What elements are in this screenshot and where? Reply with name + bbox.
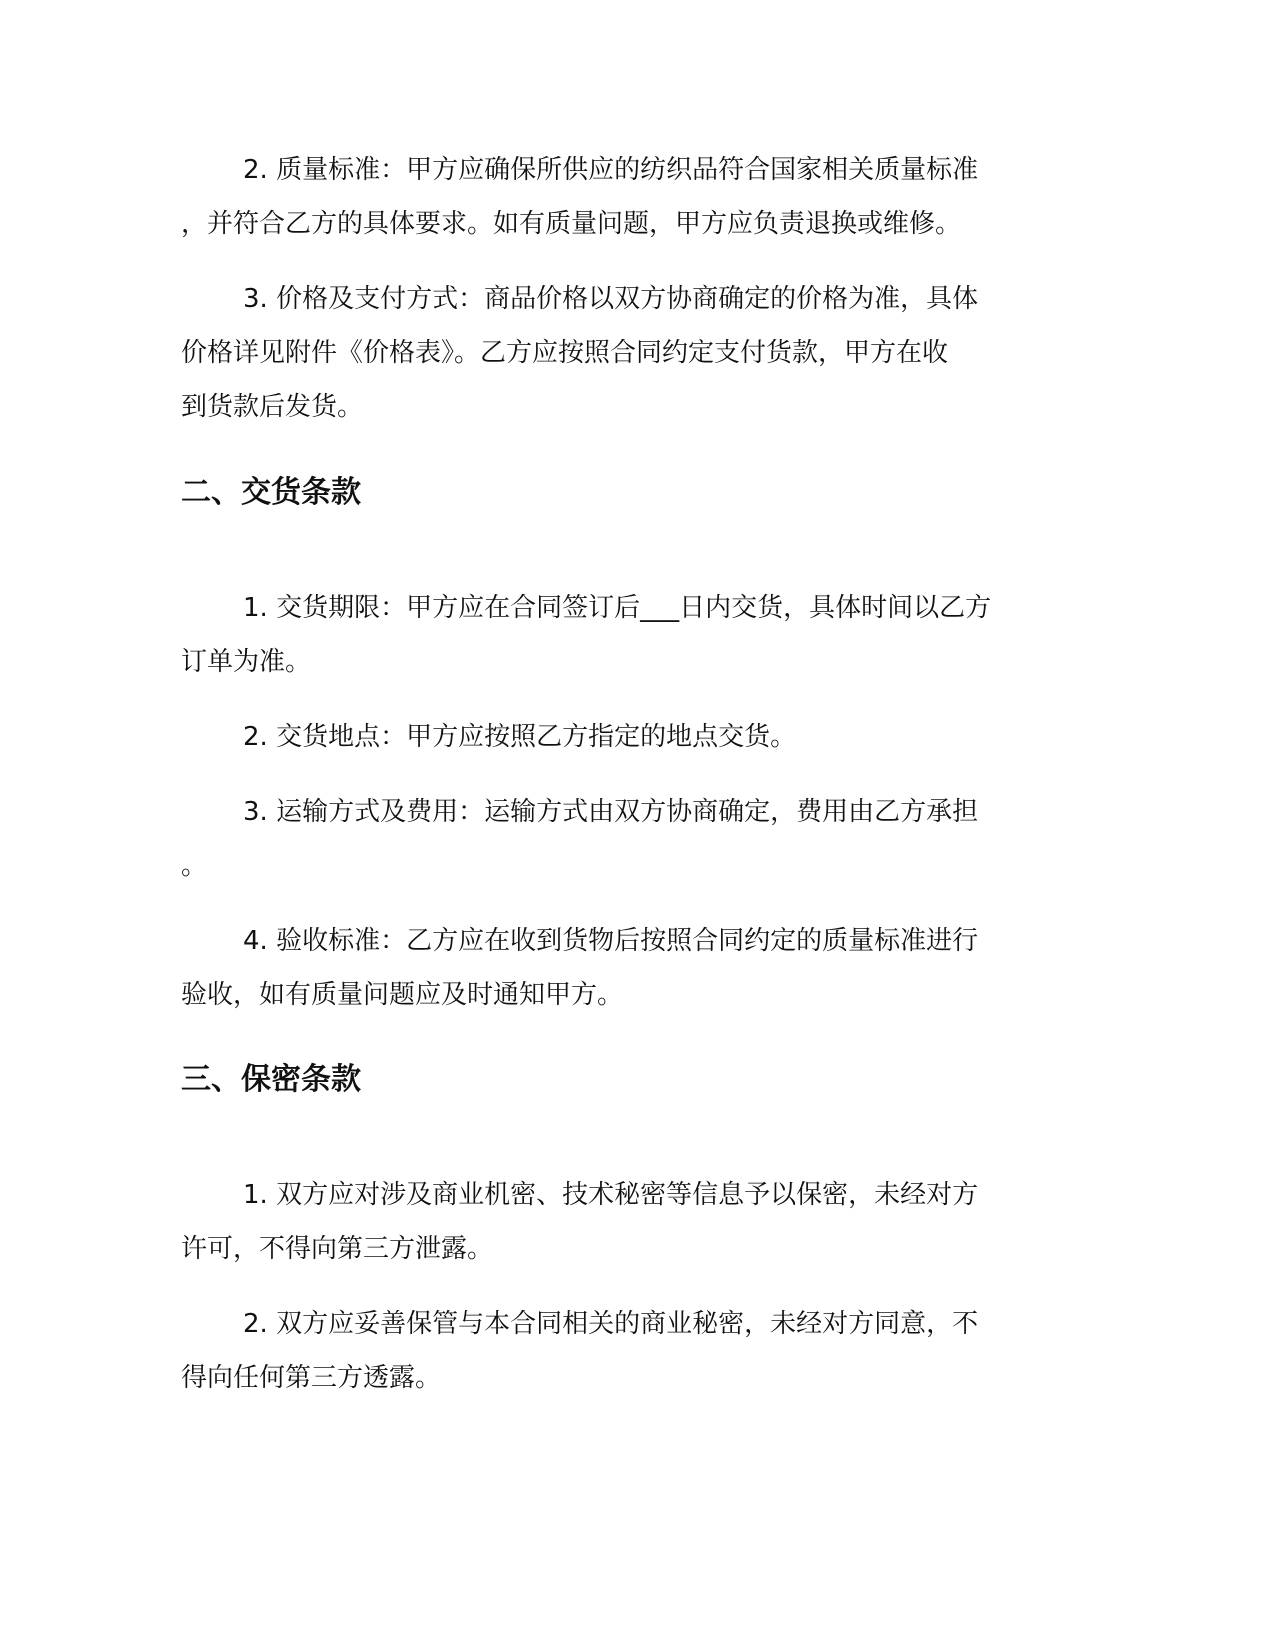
section-heading-confidentiality: 三、保密条款: [181, 1061, 361, 1099]
paragraph-confidentiality-1-line-2: 许可，不得向第三方泄露。: [181, 1232, 1061, 1266]
paragraph-confidentiality-2-line-2: 得向任何第三方透露。: [181, 1361, 1061, 1395]
paragraph-delivery-location: 2. 交货地点：甲方应按照乙方指定的地点交货。: [243, 720, 1123, 754]
paragraph-transport-cost-line-2: 。: [181, 849, 1061, 883]
paragraph-acceptance-standard-line-1: 4. 验收标准：乙方应在收到货物后按照合同约定的质量标准进行: [243, 924, 1123, 958]
paragraph-price-payment-line-3: 到货款后发货。: [181, 390, 1061, 424]
paragraph-confidentiality-2-line-1: 2. 双方应妥善保管与本合同相关的商业秘密，未经对方同意，不: [243, 1307, 1123, 1341]
paragraph-price-payment-line-2: 价格详见附件《价格表》。乙方应按照合同约定支付货款，甲方在收: [181, 336, 1061, 370]
paragraph-quality-standard-line-2: ，并符合乙方的具体要求。如有质量问题，甲方应负责退换或维修。: [181, 207, 1061, 241]
paragraph-confidentiality-1-line-1: 1. 双方应对涉及商业机密、技术秘密等信息予以保密，未经对方: [243, 1178, 1123, 1212]
document-page: 2. 质量标准：甲方应确保所供应的纺织品符合国家相关质量标准 ，并符合乙方的具体…: [0, 0, 1275, 1650]
section-heading-delivery: 二、交货条款: [181, 474, 361, 512]
paragraph-quality-standard-line-1: 2. 质量标准：甲方应确保所供应的纺织品符合国家相关质量标准: [243, 153, 1123, 187]
paragraph-delivery-deadline-line-2: 订单为准。: [181, 645, 1061, 679]
paragraph-transport-cost-line-1: 3. 运输方式及费用：运输方式由双方协商确定，费用由乙方承担: [243, 795, 1123, 829]
paragraph-price-payment-line-1: 3. 价格及支付方式：商品价格以双方协商确定的价格为准，具体: [243, 282, 1123, 316]
paragraph-delivery-deadline-line-1: 1. 交货期限：甲方应在合同签订后___日内交货，具体时间以乙方: [243, 591, 1123, 625]
paragraph-acceptance-standard-line-2: 验收，如有质量问题应及时通知甲方。: [181, 978, 1061, 1012]
